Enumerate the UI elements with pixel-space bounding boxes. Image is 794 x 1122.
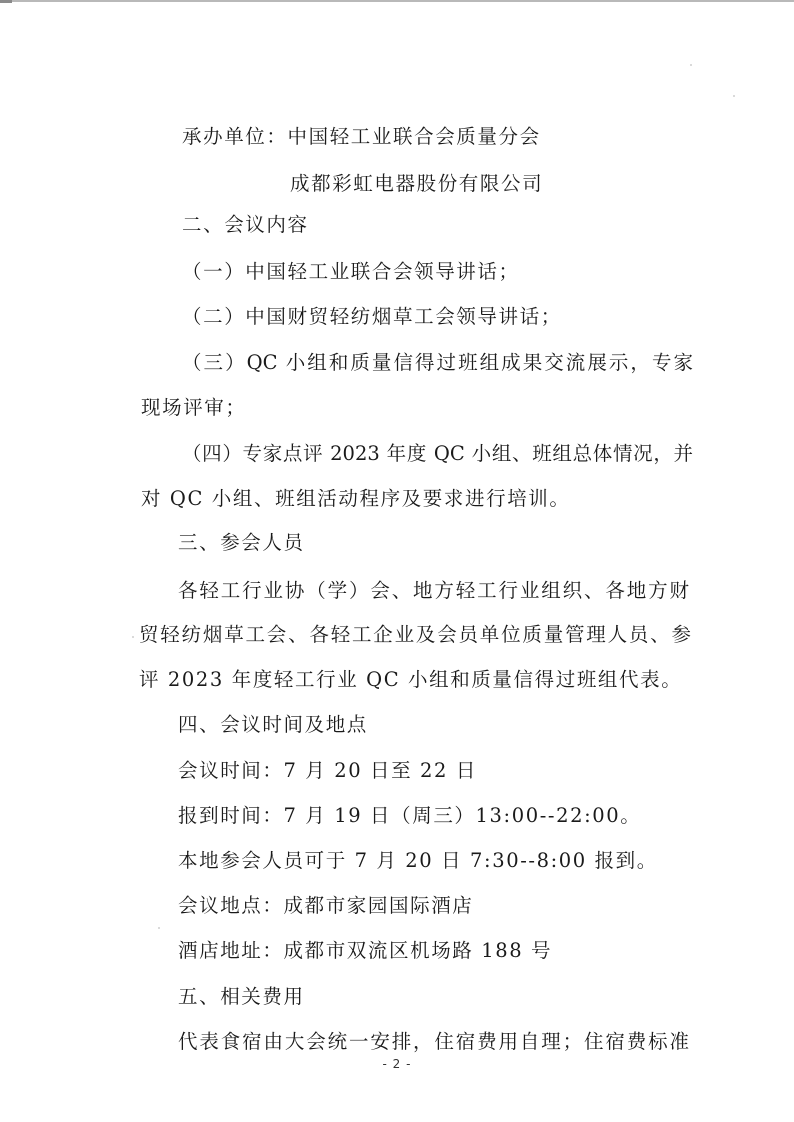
organizer-line-2: 成都彩虹电器股份有限公司: [290, 171, 543, 197]
fees-paragraph-line-1: 代表食宿由大会统一安排，住宿费用自理；住宿费标准: [178, 1029, 689, 1055]
section-heading-meeting-content: 二、会议内容: [182, 212, 309, 238]
meeting-venue: 会议地点：成都市家园国际酒店: [178, 893, 473, 919]
agenda-item-4-cont: 对 QC 小组、班组活动程序及要求进行培训。: [141, 486, 571, 512]
agenda-item-2: （二）中国财贸轻纺烟草工会领导讲话；: [182, 304, 562, 330]
agenda-item-3-cont: 现场评审；: [141, 395, 247, 421]
registration-time: 报到时间：7 月 19 日（周三）13:00--22:00。: [178, 803, 641, 829]
section-heading-time-location: 四、会议时间及地点: [178, 712, 368, 738]
attendees-paragraph-line-2: 贸轻纺烟草工会、各轻工企业及会员单位质量管理人员、参: [139, 622, 691, 648]
meeting-time: 会议时间：7 月 20 日至 22 日: [178, 758, 477, 784]
agenda-item-4: （四）专家点评 2023 年度 QC 小组、班组总体情况，并: [182, 441, 693, 467]
organizer-line: 承办单位：中国轻工业联合会质量分会: [182, 124, 541, 150]
scan-top-edge: [0, 0, 794, 2]
section-heading-attendees: 三、参会人员: [178, 530, 305, 556]
agenda-item-1: （一）中国轻工业联合会领导讲话；: [182, 259, 520, 285]
agenda-item-3: （三）QC 小组和质量信得过班组成果交流展示，专家: [182, 350, 693, 376]
hotel-address: 酒店地址：成都市双流区机场路 188 号: [178, 938, 552, 964]
section-heading-fees: 五、相关费用: [178, 984, 305, 1010]
scan-speck: [132, 636, 134, 638]
page-number: - 2 -: [0, 1057, 794, 1071]
scan-speck: [733, 95, 735, 97]
scan-speck: [158, 927, 160, 929]
scan-speck: [690, 64, 692, 66]
attendees-paragraph-line-3: 评 2023 年度轻工行业 QC 小组和质量信得过班组代表。: [139, 667, 682, 693]
attendees-paragraph-line-1: 各轻工行业协（学）会、地方轻工行业组织、各地方财: [178, 578, 689, 604]
local-registration-note: 本地参会人员可于 7 月 20 日 7:30--8:00 报到。: [178, 848, 658, 874]
scan-top-edge-mark: [0, 0, 12, 3]
